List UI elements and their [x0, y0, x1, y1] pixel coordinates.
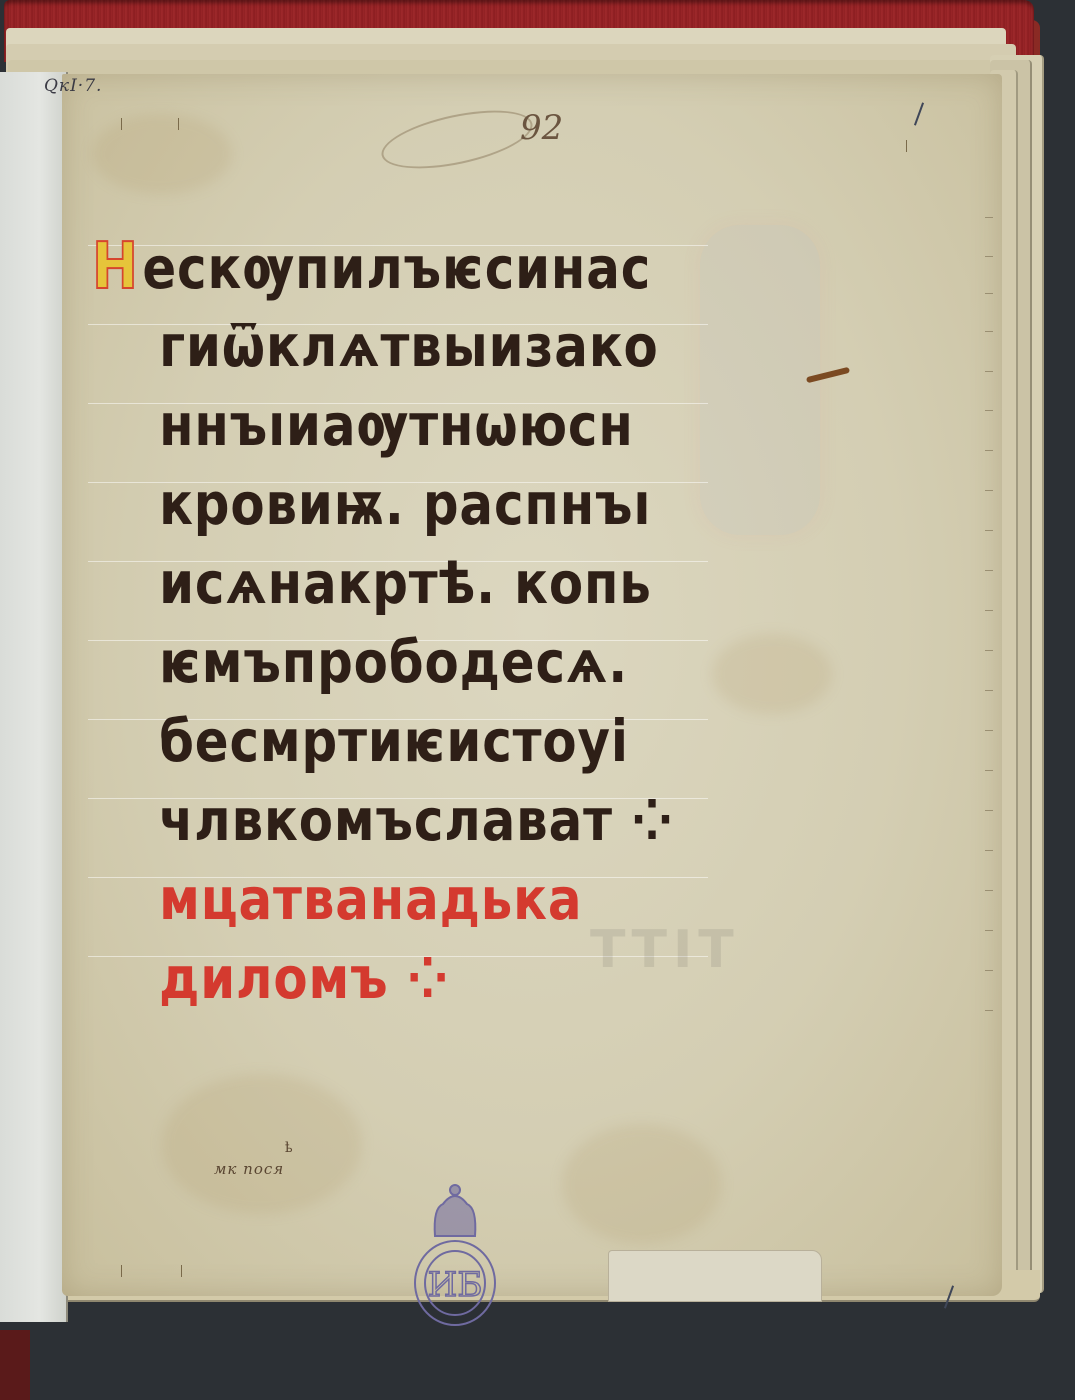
text-line-4: кровиѭ. распнъı [92, 465, 642, 544]
pricking-mark [985, 256, 993, 257]
pricking-mark [985, 530, 993, 531]
text-line-1: Нескѹпилъѥсинас [92, 228, 642, 307]
pricking-mark [985, 490, 993, 491]
library-stamp: ИБ [405, 1178, 505, 1328]
text-line-content: гиѿклѧтвыизако [159, 312, 659, 380]
pricking-mark [121, 118, 122, 130]
pricking-mark [985, 970, 993, 971]
rubric-line-2: диломъ ⁘ [92, 939, 642, 1018]
pricking-mark [178, 118, 179, 130]
pricking-mark [181, 1265, 182, 1277]
rubric-content: диломъ ⁘ [159, 944, 449, 1012]
text-line-5: исѧнакртѣ. копь [92, 544, 642, 623]
stain [162, 1074, 362, 1214]
flyleaf [0, 72, 68, 1322]
text-line-content: бесмртиѥистоуі [159, 707, 629, 775]
pricking-mark [121, 1265, 122, 1277]
text-line-content: кровиѭ. распнъı [159, 470, 651, 538]
pricking-mark [985, 570, 993, 571]
pricking-mark [985, 371, 993, 372]
pricking-mark [985, 850, 993, 851]
stain [92, 114, 232, 194]
shelfmark: QкI·7. [44, 76, 102, 96]
pricking-mark [985, 650, 993, 651]
stamp-monogram: ИБ [428, 1265, 483, 1305]
pricking-mark [985, 610, 993, 611]
pricking-mark [985, 293, 993, 294]
binding-corner-left [0, 1330, 30, 1400]
pricking-mark [985, 217, 993, 218]
rubric-content: мцатванадька [159, 865, 582, 933]
parchment-repair-patch [608, 1250, 822, 1302]
text-line-6: ѥмъпрободесѧ. [92, 623, 642, 702]
pricking-mark [985, 331, 993, 332]
text-line-8: члвкомъслават ⁘ [92, 781, 642, 860]
pricking-mark [985, 410, 993, 411]
pricking-mark [985, 810, 993, 811]
text-line-content: ннъıиаѹтнѡюсн [159, 391, 634, 459]
stain [562, 1124, 722, 1244]
text-line-7: бесмртиѥистоуі [92, 702, 642, 781]
rubric-line-1: мцатванадька [92, 860, 642, 939]
pricking-mark [985, 890, 993, 891]
text-line-content: ескѹпилъѥсинас [142, 234, 651, 302]
main-text-block: Нескѹпилъѥсинас гиѿклѧтвыизако ннъıиаѹтн… [92, 228, 732, 1018]
folio-number: 92 [520, 108, 563, 148]
pricking-mark [985, 730, 993, 731]
pricking-mark [985, 930, 993, 931]
text-line-content: члвкомъслават ⁘ [159, 786, 674, 854]
text-line-3: ннъıиаѹтнѡюсн [92, 386, 642, 465]
pricking-mark [985, 770, 993, 771]
pricking-mark [906, 140, 907, 152]
pricking-mark [985, 450, 993, 451]
marginal-mark: ҍ [285, 1140, 293, 1156]
pricking-mark [985, 690, 993, 691]
text-line-content: ѥмъпрободесѧ. [159, 628, 628, 696]
show-through-text: ТТІТ [590, 920, 740, 980]
pricking-mark [985, 1010, 993, 1011]
text-line-2: гиѿклѧтвыизако [92, 307, 642, 386]
marginal-note: мк пося [214, 1160, 284, 1178]
decorated-initial: Н [92, 228, 139, 307]
text-line-content: исѧнакртѣ. копь [159, 549, 652, 617]
